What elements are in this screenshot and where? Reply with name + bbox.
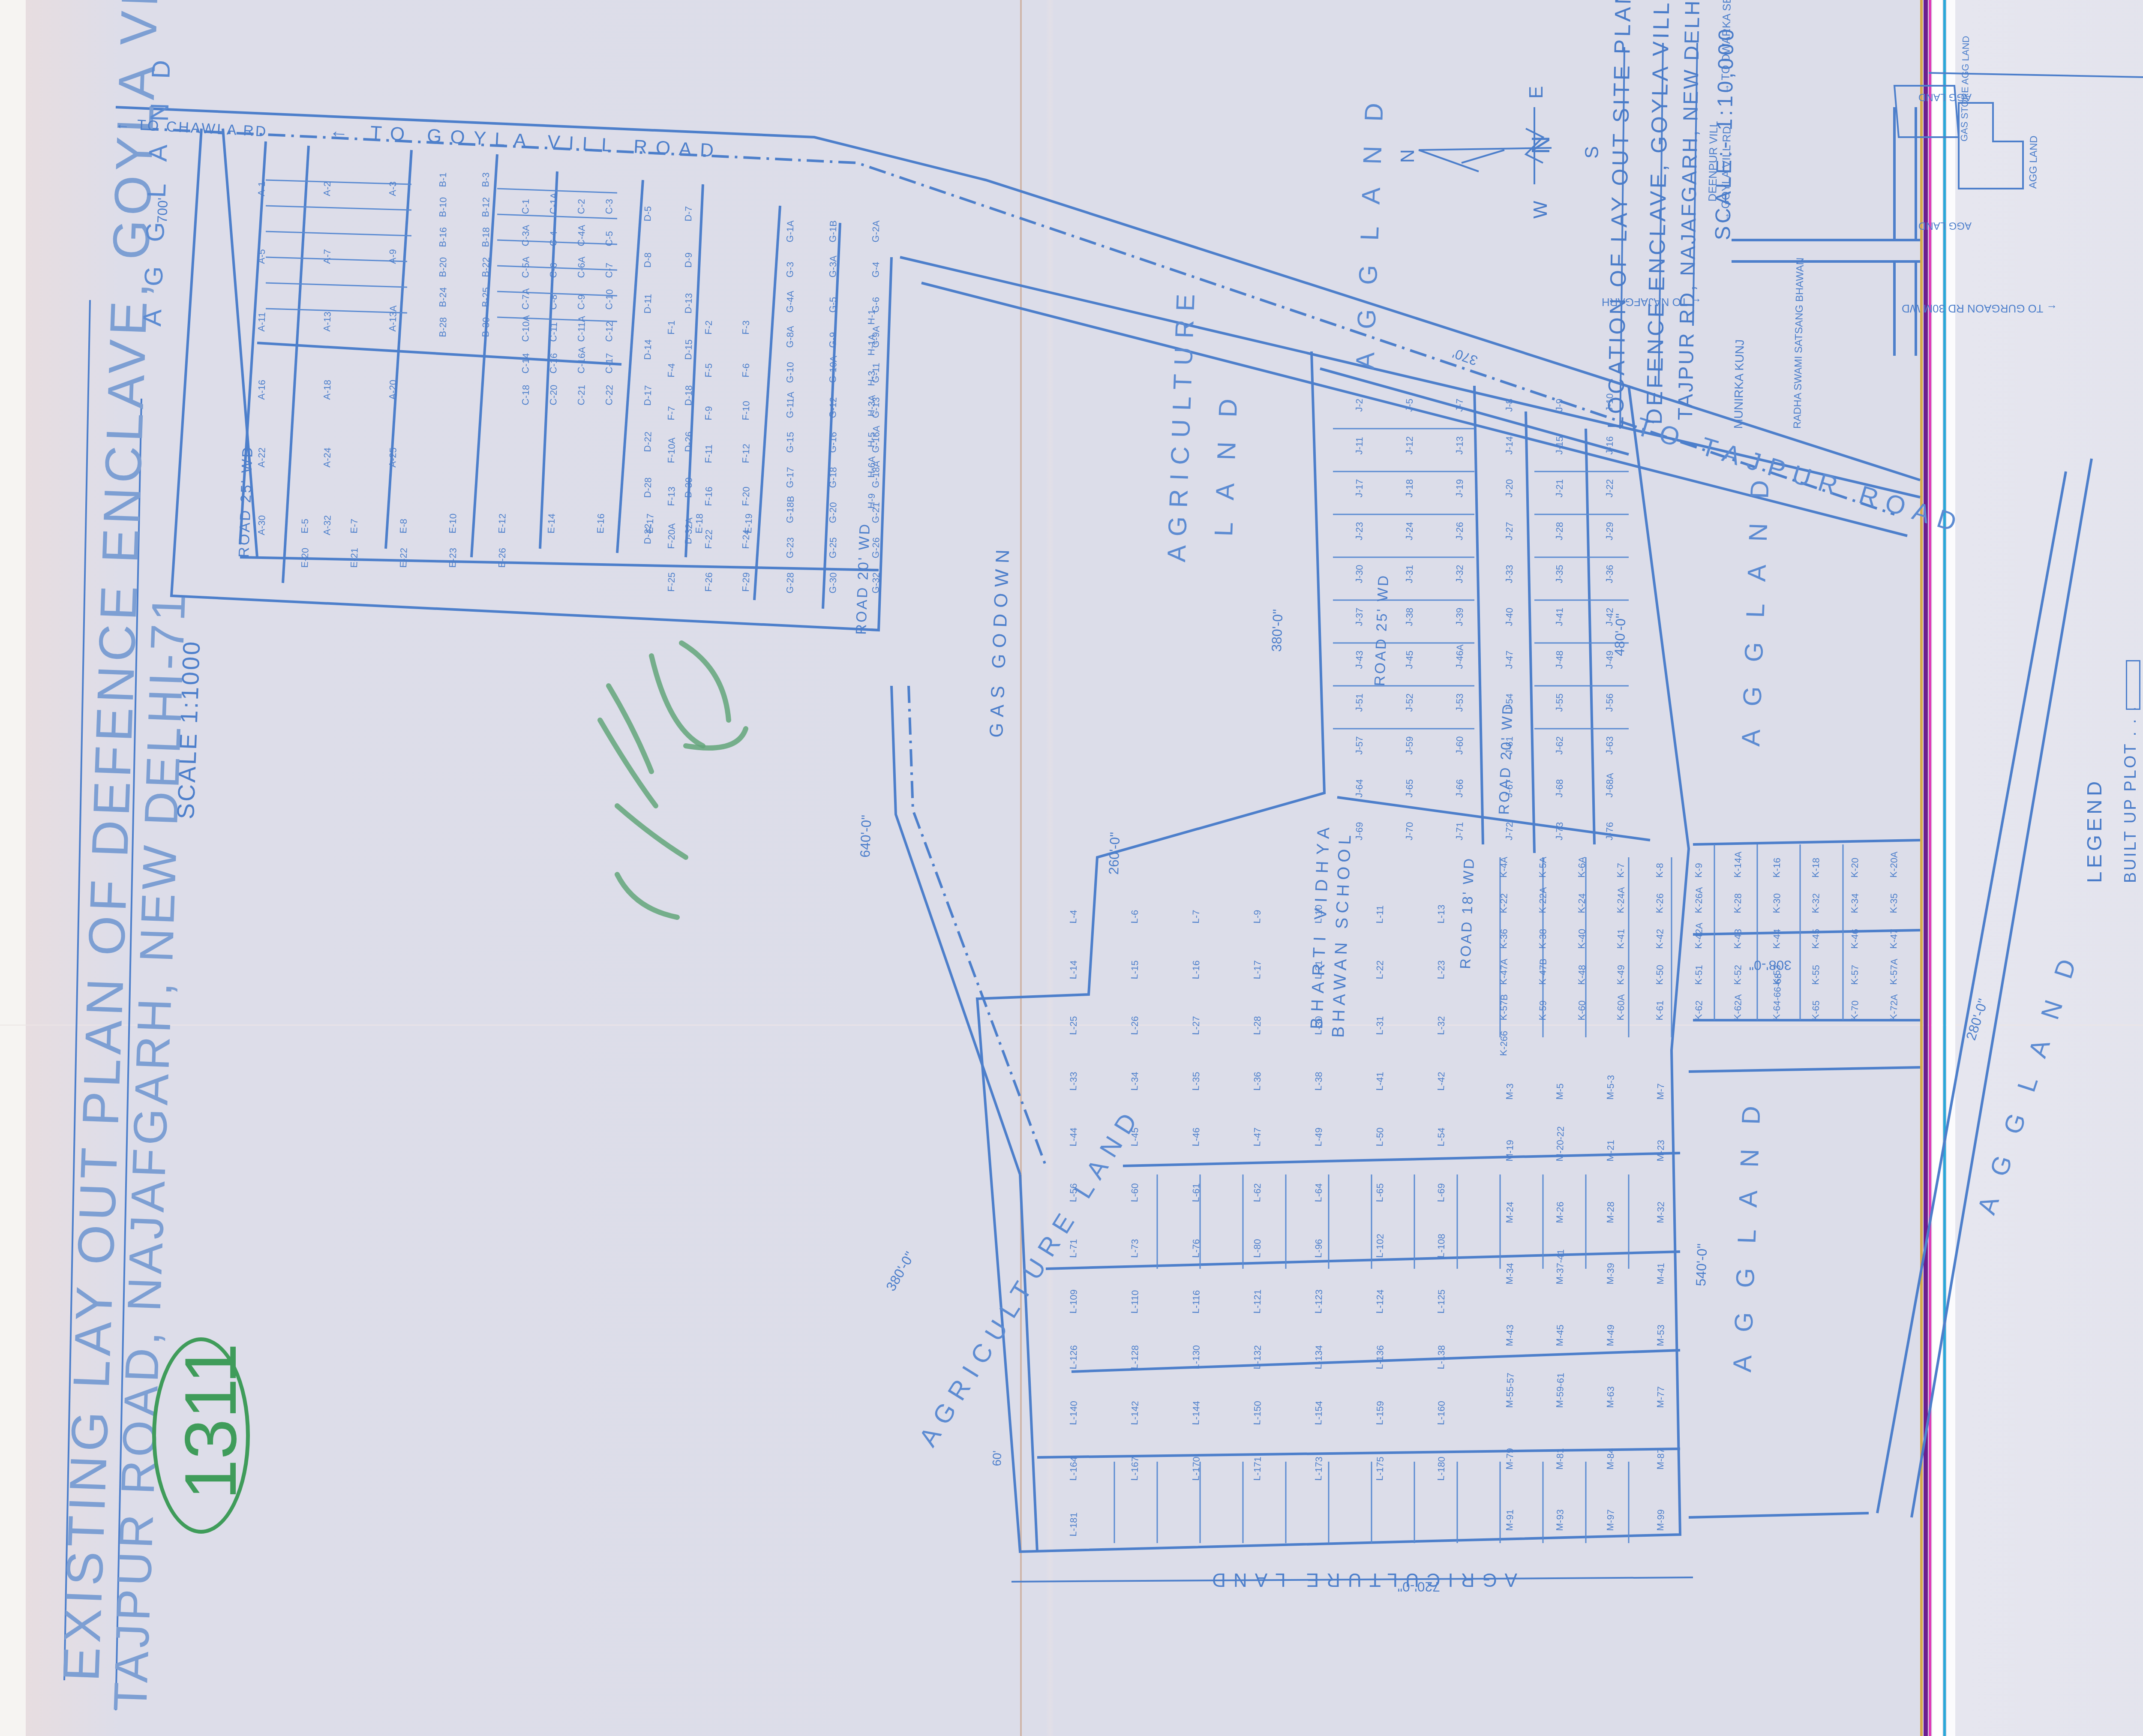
- plot-label: C-10: [603, 289, 615, 310]
- plot-label: F-2: [703, 320, 714, 335]
- plot-label: K-4A: [1498, 856, 1510, 878]
- plot-label: L-109: [1068, 1289, 1080, 1314]
- plot-label: M-84: [1605, 1448, 1617, 1469]
- plot-label: L-167: [1129, 1457, 1141, 1481]
- plot-label: L-26: [1129, 1016, 1141, 1035]
- plot-label: L-38: [1313, 1072, 1325, 1091]
- plot-label: A-5: [256, 249, 267, 264]
- plot-label: L-80: [1252, 1239, 1264, 1258]
- plot-label: G-11A: [784, 391, 796, 418]
- plot-label: J-69: [1354, 822, 1365, 841]
- plot-label: K-57A: [1888, 958, 1900, 985]
- plot-label: J-60: [1454, 736, 1465, 755]
- plot-label: M-20-22: [1554, 1126, 1567, 1162]
- plot-label: K-26A: [1693, 887, 1705, 913]
- plot-label: J-10: [1604, 393, 1615, 412]
- plot-label: C-5: [603, 231, 615, 246]
- plot-label: B-20: [437, 257, 449, 277]
- plot-label: F-22: [703, 529, 715, 549]
- plot-label: K-38: [1537, 929, 1549, 949]
- plot-label: J-20: [1504, 479, 1515, 498]
- plot-label: M-3: [1504, 1083, 1516, 1100]
- plot-label: D-28: [642, 477, 654, 498]
- plot-label: A-18: [321, 379, 333, 399]
- plot-label: J-33: [1504, 565, 1515, 583]
- plot-label: A-16: [256, 379, 268, 399]
- plot-label: M-21: [1605, 1140, 1617, 1162]
- plot-label: M-41: [1655, 1263, 1667, 1285]
- plot-label: A-22: [256, 448, 268, 468]
- plot-label: M-91: [1504, 1509, 1516, 1531]
- plot-label: J-54: [1504, 693, 1515, 712]
- plot-label: J-40: [1504, 607, 1515, 626]
- plot-label: F-25: [666, 572, 678, 592]
- plot-label: M-32: [1655, 1201, 1667, 1223]
- plot-label: G-4: [870, 262, 882, 278]
- plot-label: D-17: [642, 385, 654, 406]
- plot-label: L-54: [1435, 1127, 1447, 1147]
- plot-label: J-62: [1554, 736, 1565, 755]
- plot-label: G-1B: [827, 220, 839, 243]
- plot-label: J-72: [1504, 822, 1515, 841]
- plot-label: J-47: [1504, 650, 1515, 669]
- plot-label: L-17: [1252, 960, 1264, 979]
- plot-label: H-5: [866, 432, 877, 447]
- plot-label: D-9: [683, 252, 694, 267]
- plot-label: J-68A: [1604, 773, 1616, 798]
- plot-label: K-70: [1849, 1000, 1861, 1021]
- plot-label: K-7: [1615, 862, 1627, 877]
- plot-label: C-14: [520, 353, 532, 374]
- plot-label: K-8: [1654, 862, 1666, 877]
- plot-label: L-171: [1252, 1457, 1264, 1481]
- plot-label: L-110: [1129, 1290, 1141, 1314]
- plot-label: L-170: [1190, 1457, 1202, 1481]
- plot-label: L-134: [1313, 1345, 1325, 1370]
- plot-label: K-52: [1732, 964, 1744, 985]
- plot-label: F-16: [703, 487, 715, 506]
- plot-label: L-21: [1313, 960, 1325, 979]
- plot-label: G-5: [827, 297, 839, 313]
- plot-label: K-26: [1654, 893, 1666, 913]
- plot-label: C-1: [520, 199, 531, 214]
- plot-label: B-12: [480, 197, 492, 217]
- plot-label: C-3: [603, 199, 615, 214]
- plot-label: A-20: [387, 379, 399, 399]
- plot-label: J-9: [1554, 398, 1565, 411]
- plot-label: J-12: [1404, 436, 1415, 455]
- plot-label: M-24: [1504, 1201, 1516, 1223]
- plot-label: K-59: [1537, 1000, 1549, 1021]
- plot-label: K-42A: [1693, 922, 1705, 949]
- plot-label: K-47A: [1498, 958, 1510, 985]
- plot-label: L-10: [1313, 904, 1325, 924]
- plot-label: L-180: [1435, 1457, 1447, 1481]
- plot-label: L-36: [1252, 1072, 1264, 1091]
- plot-label: L-76: [1190, 1239, 1202, 1258]
- plot-label: L-46: [1190, 1127, 1202, 1147]
- plot-label: K-60: [1576, 1000, 1588, 1021]
- plot-label: B-3: [480, 172, 492, 187]
- plot-label: J-23: [1354, 522, 1365, 541]
- plot-label: L-62: [1252, 1183, 1264, 1202]
- plot-label: G-17: [784, 467, 796, 488]
- plot-label: L-4: [1068, 910, 1079, 924]
- plot-label: J-59: [1404, 736, 1415, 755]
- plot-label: C-1A: [548, 192, 560, 214]
- plot-label: J-17: [1354, 479, 1365, 498]
- plot-label: K-16: [1771, 857, 1783, 877]
- plot-label: C-3A: [520, 225, 532, 246]
- plot-label: J-71: [1454, 822, 1465, 841]
- plot-label: K-51: [1693, 964, 1705, 985]
- plot-label: L-96: [1313, 1239, 1325, 1258]
- plot-label: L-144: [1190, 1401, 1202, 1425]
- plot-label: J-67: [1504, 779, 1515, 798]
- plot-label: E-20: [299, 548, 311, 568]
- plot-label: C-21: [576, 384, 588, 405]
- plot-label: J-8: [1504, 398, 1515, 411]
- plot-label: J-7: [1454, 398, 1465, 411]
- plot-label: K-18: [1810, 857, 1822, 877]
- plot-label: K-43: [1732, 929, 1744, 949]
- plot-label: K-64-66-68: [1771, 973, 1784, 1021]
- plot-label: B-25: [480, 287, 492, 307]
- plot-label: J-11: [1354, 437, 1365, 455]
- plot-label: J-68: [1554, 779, 1565, 798]
- plot-label: C-6: [548, 263, 559, 278]
- plot-label: K-28: [1732, 893, 1744, 913]
- plot-label: K-41: [1615, 929, 1627, 949]
- plot-label: A-11: [256, 312, 268, 332]
- plot-label: M-34: [1504, 1263, 1516, 1285]
- plot-label: G-16: [827, 432, 839, 453]
- plot-label: J-18: [1404, 479, 1415, 498]
- plot-label: L-102: [1374, 1234, 1386, 1258]
- plot-label: J-31: [1404, 565, 1415, 583]
- plot-label: L-13: [1435, 904, 1447, 924]
- plot-label: C-22: [603, 384, 615, 405]
- plot-label: F-4: [666, 363, 677, 378]
- plot-label: H-6A: [866, 456, 878, 478]
- plot-label: J-13: [1454, 436, 1465, 455]
- plot-label: D-5: [642, 206, 654, 222]
- plot-label: F-12: [740, 444, 752, 463]
- plot-label: F-29: [740, 572, 752, 592]
- plot-label: J-49: [1604, 650, 1615, 669]
- plot-label: L-28: [1252, 1016, 1264, 1035]
- plot-label: C-16A: [576, 347, 588, 374]
- plot-label: D-15: [683, 339, 695, 360]
- plot-label: K-24: [1576, 893, 1588, 913]
- plot-label: K-45: [1810, 929, 1822, 949]
- plot-label: E-23: [447, 548, 459, 568]
- plot-label: D-14: [642, 339, 654, 360]
- plot-label: C-6A: [576, 256, 588, 278]
- plot-label: B-16: [437, 227, 449, 247]
- plot-label: M-5-3: [1605, 1075, 1617, 1100]
- plot-label: B-30: [480, 317, 492, 337]
- plot-label: J-42: [1604, 607, 1615, 626]
- plot-label: K-55: [1810, 964, 1822, 985]
- plot-label: L-136: [1374, 1345, 1386, 1370]
- plot-label: L-44: [1068, 1127, 1080, 1147]
- plot-label: J-38: [1404, 607, 1415, 626]
- plot-label: J-29: [1604, 522, 1615, 541]
- plot-label: L-42: [1435, 1072, 1447, 1091]
- plot-label: G-30: [827, 572, 839, 594]
- plot-label: M-43: [1504, 1325, 1516, 1346]
- plot-label: K-266: [1498, 1031, 1510, 1057]
- plot-label: K-46: [1849, 929, 1861, 949]
- plot-label: B-1: [437, 172, 449, 187]
- plot-label: M-19: [1504, 1140, 1516, 1162]
- plot-label: J-14: [1504, 436, 1515, 455]
- plot-label: G-15: [784, 432, 796, 453]
- plot-label: J-26: [1454, 522, 1465, 541]
- plot-label: G-28: [784, 572, 796, 594]
- plot-label: J-41: [1554, 607, 1565, 626]
- plot-label: F-7: [666, 406, 677, 420]
- plot-label: K-32: [1810, 893, 1822, 913]
- plot-label: L-35: [1190, 1072, 1202, 1091]
- plot-label: G-1A: [784, 220, 796, 243]
- plot-label: J-22: [1604, 479, 1615, 498]
- plot-label: M-79: [1504, 1448, 1516, 1469]
- plot-label: L-64: [1313, 1183, 1325, 1202]
- plot-label: C-9: [576, 294, 587, 310]
- plot-label: F-5: [703, 363, 714, 378]
- plot-label: D-30: [683, 477, 695, 498]
- plot-label: G-10A: [827, 355, 839, 383]
- plot-label: K-20: [1849, 857, 1861, 877]
- plot-label: L-65: [1374, 1183, 1386, 1202]
- plot-label: K-50: [1654, 964, 1666, 985]
- plot-label: G-9: [827, 332, 839, 348]
- plot-label: K-35: [1888, 893, 1900, 913]
- plot-label: L-61: [1190, 1183, 1202, 1202]
- plot-label: M-7: [1655, 1083, 1666, 1100]
- plot-label: K-65: [1810, 1000, 1822, 1021]
- plot-label: J-70: [1404, 822, 1415, 841]
- plot-label: L-142: [1129, 1401, 1141, 1425]
- plot-label: J-24: [1404, 522, 1415, 541]
- plot-label: B-10: [437, 197, 449, 217]
- plot-label: J-61: [1504, 736, 1515, 755]
- plot-label: J-21: [1554, 479, 1565, 498]
- plot-label: A-3: [387, 181, 399, 196]
- plot-label: L-154: [1313, 1401, 1325, 1425]
- plot-label: C-4: [548, 231, 559, 246]
- plot-label: G-2A: [870, 220, 882, 243]
- plot-label: D-7: [683, 206, 694, 222]
- plot-label: L-73: [1129, 1239, 1141, 1258]
- plot-label: L-56: [1068, 1183, 1080, 1202]
- plot-label: H-1: [866, 309, 877, 325]
- plot-label: M-99: [1655, 1509, 1667, 1531]
- plot-label: K-72A: [1888, 994, 1900, 1021]
- plot-label: A-24: [321, 448, 333, 468]
- plot-label: M-28: [1605, 1201, 1617, 1223]
- plot-label: M-23: [1655, 1140, 1667, 1162]
- plot-label: L-160: [1435, 1401, 1447, 1425]
- plot-label: G-18: [827, 467, 839, 488]
- plot-label: K-49: [1615, 964, 1627, 985]
- plot-label: A-13: [321, 312, 333, 332]
- plot-label: L-50: [1374, 1127, 1386, 1147]
- plot-label: M-39: [1605, 1263, 1617, 1285]
- plot-label: J-27: [1504, 522, 1515, 541]
- plot-label: C-5A: [520, 256, 532, 278]
- plot-label: C-7: [603, 263, 615, 278]
- plot-label: J-64: [1354, 779, 1365, 798]
- plot-label: M-37-41: [1554, 1249, 1567, 1285]
- plot-label: H-3A: [866, 395, 878, 417]
- plot-label: E-26: [496, 548, 508, 568]
- plot-label: J-57: [1354, 736, 1365, 755]
- plot-label: K-30: [1771, 893, 1783, 913]
- plot-label: G-23: [784, 537, 796, 559]
- plot-label: L-7: [1190, 910, 1202, 924]
- plot-label: L-33: [1068, 1072, 1080, 1091]
- plot-label: M-97: [1605, 1509, 1617, 1531]
- plot-label: L-116: [1190, 1290, 1202, 1314]
- plot-label: M-5: [1554, 1083, 1566, 1100]
- plot-label: K-22: [1498, 893, 1510, 913]
- plot-label: L-16: [1190, 960, 1202, 979]
- plot-label: K-6A: [1576, 856, 1588, 878]
- plot-label: H-9: [866, 493, 877, 508]
- plot-label: J-39: [1454, 607, 1465, 626]
- plot-label: J-15: [1554, 436, 1565, 455]
- plot-label: J-51: [1354, 693, 1365, 712]
- plot-label: L-132: [1252, 1345, 1264, 1370]
- plot-label: L-123: [1313, 1289, 1325, 1314]
- plot-label: C-4A: [576, 225, 588, 246]
- plot-label: L-175: [1374, 1457, 1386, 1481]
- plot-label: L-6: [1129, 910, 1141, 924]
- plot-label: M-93: [1554, 1509, 1566, 1531]
- plot-label: J-66: [1454, 779, 1465, 798]
- plot-label: B-18: [480, 227, 492, 247]
- plot-label: M-45: [1554, 1325, 1566, 1346]
- plot-label: L-30: [1313, 1016, 1325, 1035]
- plot-label: B-22: [480, 257, 492, 277]
- plot-label: L-11: [1374, 905, 1386, 924]
- plot-label: L-27: [1190, 1016, 1202, 1035]
- plot-label: G-12: [827, 397, 839, 418]
- plot-label: L-164: [1068, 1457, 1080, 1481]
- plot-label: L-140: [1068, 1401, 1080, 1425]
- plot-label: D-26: [683, 431, 695, 452]
- plot-label: K-57: [1849, 964, 1861, 985]
- plot-label: M-87: [1655, 1448, 1667, 1469]
- plot-label: K-34: [1849, 893, 1861, 913]
- plot-label: A-9: [387, 249, 399, 264]
- plot-label: L-9: [1252, 910, 1263, 924]
- plot-label: M-49: [1605, 1325, 1617, 1346]
- plot-label: C-17: [603, 353, 615, 374]
- plot-label: K-5A: [1537, 856, 1549, 878]
- plot-label: F-6: [740, 363, 752, 378]
- plot-label: F-26: [703, 572, 715, 592]
- plot-label: E-22: [398, 548, 410, 568]
- plot-label: L-121: [1252, 1289, 1264, 1314]
- plot-label: F-9: [703, 406, 714, 420]
- plot-label: G-26: [870, 537, 882, 559]
- plot-label: G-20: [827, 502, 839, 523]
- plot-label: L-31: [1374, 1016, 1386, 1035]
- plot-label: C-11A: [576, 315, 588, 342]
- plot-label: L-15: [1129, 960, 1141, 979]
- plot-label: K-24A: [1615, 887, 1627, 913]
- plot-label: E-10: [447, 514, 459, 534]
- plot-label: A-7: [321, 249, 333, 264]
- plot-label: F-1: [666, 320, 677, 335]
- plot-label: A-1: [256, 181, 267, 196]
- plot-label: A-2: [321, 181, 333, 196]
- plot-label: C-20: [548, 384, 560, 405]
- plot-label: L-32: [1435, 1016, 1447, 1035]
- plot-label: C-10A: [520, 315, 532, 342]
- plot-label: C-11: [548, 322, 560, 342]
- plot-label: J-45: [1404, 650, 1415, 669]
- plot-label: E-5: [299, 519, 311, 534]
- plot-label: D-32A: [683, 517, 695, 544]
- plot-label: K-14A: [1732, 851, 1744, 878]
- plot-label: K-40: [1576, 929, 1588, 949]
- plot-label: J-53: [1454, 693, 1465, 712]
- plot-label: L-14: [1068, 960, 1080, 979]
- plot-label: K-20A: [1888, 851, 1900, 878]
- plot-label: A-32: [321, 515, 333, 535]
- plot-label: G-8A: [784, 326, 796, 348]
- plot-label: L-124: [1374, 1289, 1386, 1314]
- plot-label: K-62: [1693, 1000, 1705, 1021]
- plot-label: L-49: [1313, 1127, 1325, 1147]
- plot-label: A-30: [256, 515, 268, 535]
- plot-label: J-5: [1404, 398, 1415, 411]
- plot-label: B-28: [437, 317, 449, 337]
- plot-label: K-48: [1576, 964, 1588, 985]
- plot-label: C-2: [576, 199, 587, 214]
- plot-label: L-45: [1129, 1127, 1141, 1147]
- plot-label: J-36: [1604, 565, 1615, 583]
- plot-label: J-43: [1354, 650, 1365, 669]
- plot-label: K-44: [1771, 929, 1783, 949]
- plot-label: J-2: [1354, 398, 1365, 411]
- plot-label: E-12: [496, 514, 508, 534]
- plot-label: J-37: [1354, 607, 1365, 626]
- plot-label: J-73: [1554, 822, 1565, 841]
- plot-label: G-3A: [827, 255, 839, 278]
- plot-label: H-1A: [866, 333, 878, 355]
- plot-label: C-12: [603, 321, 615, 342]
- plot-label: J-32: [1454, 565, 1465, 583]
- plot-label: L-25: [1068, 1016, 1080, 1035]
- plot-label: L-41: [1374, 1072, 1386, 1091]
- plot-label: J-52: [1404, 693, 1415, 712]
- plot-label: E-21: [348, 548, 360, 568]
- plot-label: L-128: [1129, 1345, 1141, 1370]
- plot-label: A-13A: [387, 305, 399, 332]
- plot-label: L-47: [1252, 1127, 1264, 1147]
- plot-label: L-150: [1252, 1401, 1264, 1425]
- plot-label: J-63: [1604, 736, 1615, 755]
- plot-label: J-28: [1554, 522, 1565, 541]
- plot-label: D-11: [642, 294, 654, 314]
- plot-label: B-24: [437, 287, 449, 307]
